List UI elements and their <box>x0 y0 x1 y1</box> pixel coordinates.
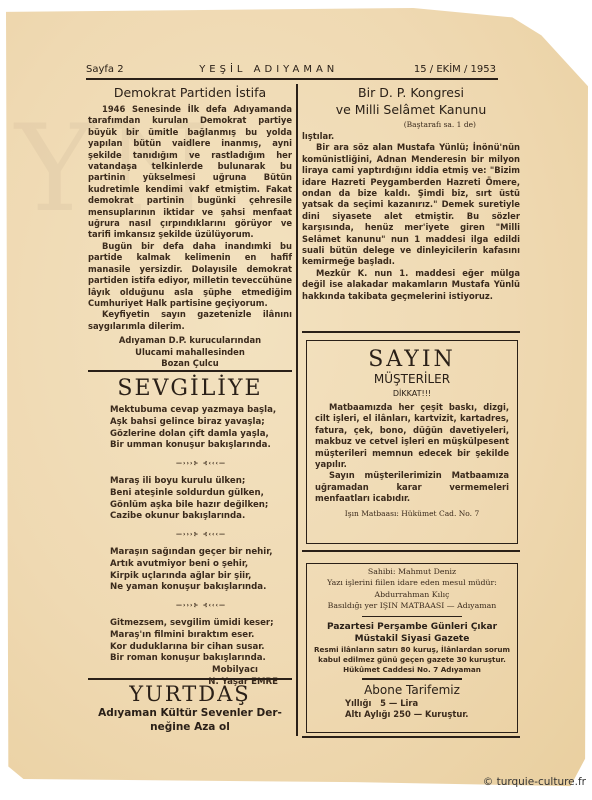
ad-rates-notice: Resmi ilânların satırı 80 kuruş, İlânlar… <box>307 645 517 675</box>
verse: Maraş'ın filmini bıraktım eser. <box>110 630 292 642</box>
paragraph: Bir ara söz alan Mustafa Yünlü; İnönü'nü… <box>302 142 520 267</box>
imprint-divider <box>362 678 462 680</box>
subscription-half-year: Altı Aylığı 250 — Kuruştur. <box>307 709 517 720</box>
paragraph: Sayın müşterilerimizin Matbaamıza uğrama… <box>315 470 509 504</box>
verse: Gözlerine dolan çift damla yaşla, <box>110 429 292 441</box>
publication-type: Müstakil Siyasi Gazete <box>307 633 517 645</box>
printer: Basıldığı yer IŞIN MATBAASI — Adıyaman <box>307 600 517 611</box>
editor-label: Yazı işlerini fiilen idare eden mesul mü… <box>307 577 517 588</box>
verse: Maraş ili boyu kurulu ülken; <box>110 476 292 488</box>
ad-body: Matbaamızda her çeşit baskı, dizgi, cilt… <box>307 398 517 505</box>
poem-body: Mektubuma cevap yazmaya başla, Aşk bahsi… <box>88 405 292 689</box>
section-rule <box>302 331 520 333</box>
article-kongre: Bir D. P. Kongresi ve Milli Selâmet Kanu… <box>302 84 520 302</box>
poem-author-title: Mobilyacı <box>110 665 292 677</box>
verse: Gönlüm aşka bile hazır değilken; <box>110 500 292 512</box>
imprint-box: Sahibi: Mahmut Deniz Yazı işlerini fiile… <box>306 563 518 733</box>
verse: Bir roman konuşur bakışlarında. <box>110 653 292 665</box>
yurtdas-title: YURTDAŞ <box>88 682 292 706</box>
signature-line: Bozan Çulcu <box>88 358 292 370</box>
masthead-rule <box>86 78 498 80</box>
stanza: Mektubuma cevap yazmaya başla, Aşk bahsi… <box>110 405 292 452</box>
verse: Bir umman konuşur bakışlarında. <box>110 440 292 452</box>
ad-subtitle: MÜŞTERİLER <box>307 372 517 386</box>
paragraph: Keyfiyetin sayın gazetenizle ilânını say… <box>88 309 292 332</box>
article-istifa: Demokrat Partiden İstifa 1946 Senesinde … <box>88 84 292 370</box>
article-headline: Bir D. P. Kongresi <box>302 84 520 101</box>
yurtdas-line: neğine Aza ol <box>88 720 292 734</box>
yurtdas-line: Adıyaman Kültür Sevenler Der- <box>88 706 292 720</box>
verse: Kor duduklarına bir cihan susar. <box>110 642 292 654</box>
imprint-divider <box>362 616 462 618</box>
ad-attention: DİKKAT!!! <box>307 389 517 398</box>
paragraph: Bugün bir defa daha inandımki bu partide… <box>88 241 292 309</box>
section-rule <box>88 678 292 680</box>
verse: Artık avutmiyor beni o şehir, <box>110 559 292 571</box>
page-number: Sayfa 2 <box>86 64 124 75</box>
verse: Gitmezsem, sevgilim ümidi keser; <box>110 618 292 630</box>
ornament: —›››⊱ ⊰‹‹‹— <box>110 458 292 470</box>
editor: Abdurrahman Kılıç <box>307 589 517 600</box>
paragraph: Matbaamızda her çeşit baskı, dizgi, cilt… <box>315 402 509 470</box>
poem-section: SEVGİLİYE Mektubuma cevap yazmaya başla,… <box>88 376 292 689</box>
stanza: Maraşın sağından geçer bir nehir, Artık … <box>110 547 292 594</box>
verse: Maraşın sağından geçer bir nehir, <box>110 547 292 559</box>
paragraph: 1946 Senesinde İlk defa Adıyamanda taraf… <box>88 104 292 241</box>
poem-title: SEVGİLİYE <box>88 376 292 401</box>
paragraph: Mezkûr K. nun 1. maddesi eğer mülga deği… <box>302 268 520 302</box>
masthead: Sayfa 2 YEŞİL ADIYAMAN 15 / EKİM / 1953 <box>86 62 496 76</box>
owner: Sahibi: Mahmut Deniz <box>307 566 517 577</box>
article-headline: ve Milli Selâmet Kanunu <box>302 101 520 118</box>
ornament: —›››⊱ ⊰‹‹‹— <box>110 529 292 541</box>
stanza: Gitmezsem, sevgilim ümidi keser; Maraş'ı… <box>110 618 292 665</box>
verse: Kirpik uçlarında ağlar bir şiir, <box>110 571 292 583</box>
verse: Ne yaman konuşur bakışlarında. <box>110 582 292 594</box>
article-body: lıştılar. Bir ara söz alan Mustafa Yünlü… <box>302 131 520 302</box>
article-headline: Demokrat Partiden İstifa <box>88 84 292 101</box>
publication-schedule: Pazartesi Perşambe Günleri Çıkar <box>307 621 517 633</box>
verse: Aşk bahsi gelince biraz yavaşla; <box>110 417 292 429</box>
subscription-title: Abone Tarifemiz <box>307 683 517 698</box>
verse: Mektubuma cevap yazmaya başla, <box>110 405 292 417</box>
newspaper-title: YEŞİL ADIYAMAN <box>199 64 338 75</box>
ornament: —›››⊱ ⊰‹‹‹— <box>110 600 292 612</box>
section-rule <box>88 370 292 372</box>
signature: Adıyaman D.P. kurucularından Ulucami mah… <box>88 335 292 370</box>
ad-address: Işın Matbaası: Hükümet Cad. No. 7 <box>307 509 517 518</box>
section-rule <box>302 550 520 552</box>
issue-date: 15 / EKİM / 1953 <box>414 64 496 75</box>
signature-line: Ulucami mahallesinden <box>88 347 292 359</box>
yurtdas-notice: YURTDAŞ Adıyaman Kültür Sevenler Der- ne… <box>88 682 292 734</box>
subscription-yearly: Yıllığı 5 — Lira <box>307 698 517 709</box>
column-divider <box>296 84 298 736</box>
signature-line: Adıyaman D.P. kurucularından <box>88 335 292 347</box>
verse: Cazibe okunur bakışlarında. <box>110 511 292 523</box>
ad-title: SAYIN <box>307 347 517 372</box>
copyright-credit[interactable]: © turquie-culture.fr <box>483 776 586 788</box>
stanza: Maraş ili boyu kurulu ülken; Beni ateşin… <box>110 476 292 523</box>
printing-ad-box: SAYIN MÜŞTERİLER DİKKAT!!! Matbaamızda h… <box>306 340 518 544</box>
continued-note: (Baştarafı sa. 1 de) <box>302 120 520 129</box>
article-body: 1946 Senesinde İlk defa Adıyamanda taraf… <box>88 104 292 332</box>
paragraph: lıştılar. <box>302 131 520 142</box>
section-rule <box>302 736 520 738</box>
verse: Beni ateşinle soldurdun gülken, <box>110 488 292 500</box>
